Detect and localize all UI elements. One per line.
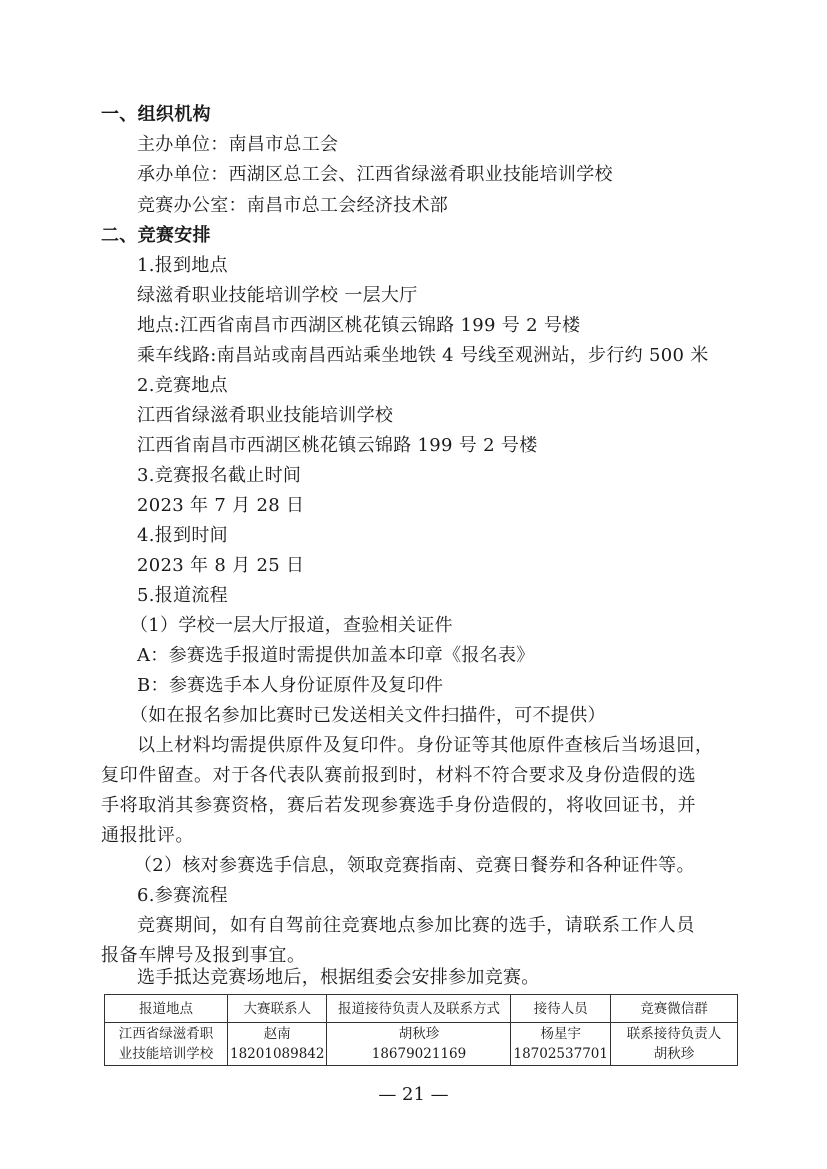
checkin-address: 地点:江西省南昌市西湖区桃花镇云锦路 199 号 2 号楼 bbox=[137, 311, 580, 341]
table-row: 江西省绿滋肴职 业技能培训学校 赵南 18201089842 胡秋珍 18679… bbox=[105, 1023, 738, 1066]
checkin-venue: 绿滋肴职业技能培训学校 一层大厅 bbox=[137, 281, 418, 311]
transit-route: 乘车线路:南昌站或南昌西站乘坐地铁 4 号线至观洲站，步行约 500 米 bbox=[137, 341, 709, 371]
section-heading-arrangements: 二、竞赛安排 bbox=[101, 221, 211, 251]
cell-wechat-group: 联系接待负责人 胡秋珍 bbox=[610, 1023, 737, 1066]
cell-line: 江西省绿滋肴职 bbox=[107, 1024, 225, 1044]
section-heading-organization: 一、组织机构 bbox=[101, 100, 211, 130]
contact-phone: 18201089842 bbox=[230, 1044, 324, 1064]
staff-name: 杨星宇 bbox=[513, 1024, 607, 1044]
materials-paragraph-line-2: 复印件留查。对于各代表队赛前报到时，材料不符合要求及身份造假的选 bbox=[101, 761, 696, 791]
materials-paragraph-line-3: 手将取消其参赛资格，赛后若发现参赛选手身份造假的，将收回证书，并 bbox=[101, 791, 696, 821]
organizer-unit: 承办单位：西湖区总工会、江西省绿滋肴职业技能培训学校 bbox=[137, 160, 613, 190]
host-unit: 主办单位：南昌市总工会 bbox=[137, 130, 338, 160]
item-title-registration-deadline: 3.竞赛报名截止时间 bbox=[137, 461, 301, 491]
header-checkin-location: 报道地点 bbox=[105, 995, 228, 1023]
header-wechat-group: 竞赛微信群 bbox=[610, 995, 737, 1023]
competition-office: 竞赛办公室：南昌市总工会经济技术部 bbox=[137, 191, 448, 221]
item-title-participation-process: 6.参赛流程 bbox=[137, 881, 228, 911]
checkin-date: 2023 年 8 月 25 日 bbox=[137, 551, 304, 581]
requirement-note: （如在报名参加比赛时已发送相关文件扫描件，可不提供） bbox=[130, 701, 606, 731]
cell-checkin-location: 江西省绿滋肴职 业技能培训学校 bbox=[105, 1023, 228, 1066]
cell-line: 胡秋珍 bbox=[613, 1044, 735, 1064]
arrival-instruction: 选手抵达竞赛场地后，根据组委会安排参加竞赛。 bbox=[137, 963, 540, 993]
cell-line: 业技能培训学校 bbox=[107, 1044, 225, 1064]
item-title-checkin-location: 1.报到地点 bbox=[137, 251, 228, 281]
page-number: — 21 — bbox=[0, 1083, 827, 1107]
cell-contest-contact: 赵南 18201089842 bbox=[228, 1023, 327, 1066]
lead-phone: 18679021169 bbox=[329, 1044, 508, 1064]
header-contest-contact: 大赛联系人 bbox=[228, 995, 327, 1023]
header-reception-lead: 报道接待负责人及联系方式 bbox=[327, 995, 511, 1023]
table-header-row: 报道地点 大赛联系人 报道接待负责人及联系方式 接待人员 竞赛微信群 bbox=[105, 995, 738, 1023]
cell-line: 联系接待负责人 bbox=[613, 1024, 735, 1044]
process-step-2: （2）核对参赛选手信息，领取竞赛指南、竞赛日餐券和各种证件等。 bbox=[134, 851, 695, 881]
requirement-b: B：参赛选手本人身份证原件及复印件 bbox=[137, 671, 443, 701]
cell-reception-staff: 杨星宇 18702537701 bbox=[511, 1023, 610, 1066]
contact-table: 报道地点 大赛联系人 报道接待负责人及联系方式 接待人员 竞赛微信群 江西省绿滋… bbox=[104, 994, 738, 1066]
item-title-checkin-time: 4.报到时间 bbox=[137, 521, 228, 551]
item-title-competition-location: 2.竞赛地点 bbox=[137, 371, 228, 401]
competition-venue: 江西省绿滋肴职业技能培训学校 bbox=[137, 401, 393, 431]
self-drive-paragraph-line-1: 竞赛期间，如有自驾前往竞赛地点参加比赛的选手，请联系工作人员 bbox=[137, 911, 695, 941]
materials-paragraph-line-1: 以上材料均需提供原件及复印件。身份证等其他原件查核后当场退回， bbox=[137, 731, 714, 761]
requirement-a: A：参赛选手报道时需提供加盖本印章《报名表》 bbox=[137, 641, 535, 671]
registration-deadline-date: 2023 年 7 月 28 日 bbox=[137, 491, 304, 521]
competition-address: 江西省南昌市西湖区桃花镇云锦路 199 号 2 号楼 bbox=[137, 431, 538, 461]
staff-phone: 18702537701 bbox=[513, 1044, 607, 1064]
item-title-checkin-process: 5.报道流程 bbox=[137, 581, 228, 611]
materials-paragraph-line-4: 通报批评。 bbox=[101, 821, 194, 851]
cell-reception-lead: 胡秋珍 18679021169 bbox=[327, 1023, 511, 1066]
lead-name: 胡秋珍 bbox=[329, 1024, 508, 1044]
document-page: 一、组织机构 主办单位：南昌市总工会 承办单位：西湖区总工会、江西省绿滋肴职业技… bbox=[0, 0, 827, 1169]
process-step-1: （1）学校一层大厅报道，查验相关证件 bbox=[130, 611, 453, 641]
header-reception-staff: 接待人员 bbox=[511, 995, 610, 1023]
contact-name: 赵南 bbox=[230, 1024, 324, 1044]
